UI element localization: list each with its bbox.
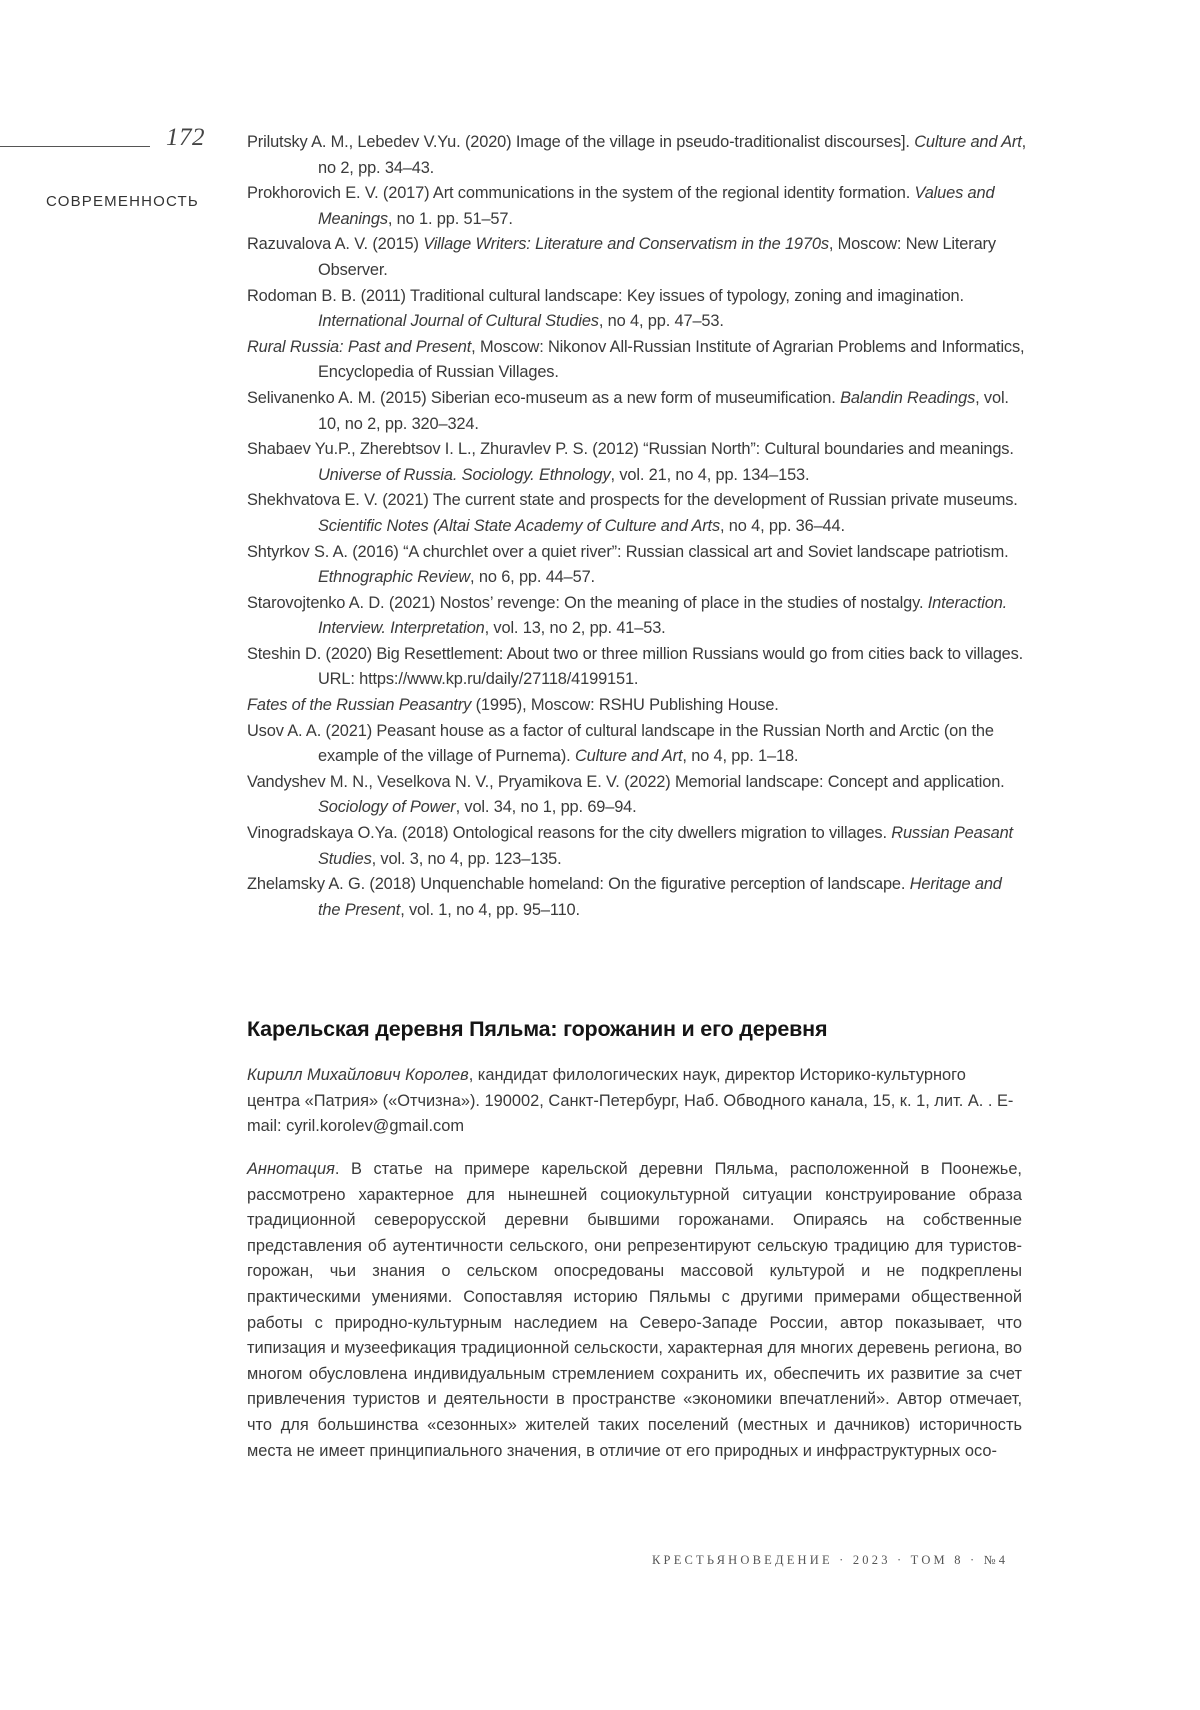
author-name: Кирилл Михайлович Королев	[247, 1066, 469, 1084]
reference-text: , no 4, pp. 47–53.	[599, 312, 724, 330]
reference-text: Prokhorovich E. V. (2017) Art communicat…	[247, 184, 915, 202]
reference-item: Razuvalova A. V. (2015) Village Writers:…	[247, 232, 1027, 283]
reference-item: Prokhorovich E. V. (2017) Art communicat…	[247, 181, 1027, 232]
reference-item: Selivanenko A. M. (2015) Siberian eco-mu…	[247, 386, 1027, 437]
reference-text: Razuvalova A. V. (2015)	[247, 235, 423, 253]
reference-text: , no 4, pp. 1–18.	[682, 747, 798, 765]
reference-text: Starovojtenko A. D. (2021) Nostos’ reven…	[247, 594, 928, 612]
header-rule	[0, 146, 150, 147]
reference-text: , no 4, pp. 36–44.	[720, 517, 845, 535]
reference-item: Shekhvatova E. V. (2021) The current sta…	[247, 488, 1027, 539]
abstract-text: . В статье на примере карельской деревни…	[247, 1160, 1022, 1460]
page-number: 172	[166, 124, 205, 152]
abstract-label: Аннотация	[247, 1160, 335, 1178]
reference-text: , vol. 1, no 4, pp. 95–110.	[400, 901, 580, 919]
section-label: СОВРЕМЕННОСТЬ	[46, 193, 199, 210]
reference-text: Vinogradskaya O.Ya. (2018) Ontological r…	[247, 824, 891, 842]
reference-text: (1995), Moscow: RSHU Publishing House.	[471, 696, 779, 714]
reference-text: Shekhvatova E. V. (2021) The current sta…	[247, 491, 1018, 509]
reference-item: Shabaev Yu.P., Zherebtsov I. L., Zhuravl…	[247, 437, 1027, 488]
reference-text: Shabaev Yu.P., Zherebtsov I. L., Zhuravl…	[247, 440, 1014, 458]
reference-item: Rodoman B. B. (2011) Traditional cultura…	[247, 284, 1027, 335]
reference-text: , vol. 21, no 4, pp. 134–153.	[611, 466, 810, 484]
reference-text: , vol. 13, no 2, pp. 41–53.	[485, 619, 666, 637]
reference-text: Rodoman B. B. (2011) Traditional cultura…	[247, 287, 964, 305]
reference-source: Sociology of Power	[318, 798, 456, 816]
running-footer: КРЕСТЬЯНОВЕДЕНИЕ · 2023 · ТОМ 8 · №4	[652, 1553, 1008, 1568]
reference-source: Scientific Notes (Altai State Academy of…	[318, 517, 720, 535]
reference-text: Prilutsky A. M., Lebedev V.Yu. (2020) Im…	[247, 133, 914, 151]
reference-source: Culture and Art	[914, 133, 1021, 151]
reference-source: Culture and Art	[575, 747, 682, 765]
abstract: Аннотация. В статье на примере карельско…	[247, 1157, 1022, 1464]
reference-item: Steshin D. (2020) Big Resettlement: Abou…	[247, 642, 1027, 693]
reference-source: Ethnographic Review	[318, 568, 470, 586]
reference-text: Vandyshev M. N., Veselkova N. V., Pryami…	[247, 773, 1005, 791]
reference-text: , vol. 3, no 4, pp. 123–135.	[372, 850, 562, 868]
author-info: Кирилл Михайлович Королев, кандидат фило…	[247, 1063, 1017, 1140]
reference-item: Starovojtenko A. D. (2021) Nostos’ reven…	[247, 591, 1027, 642]
reference-item: Rural Russia: Past and Present, Moscow: …	[247, 335, 1027, 386]
reference-source: International Journal of Cultural Studie…	[318, 312, 599, 330]
reference-item: Usov A. A. (2021) Peasant house as a fac…	[247, 719, 1027, 770]
reference-item: Zhelamsky A. G. (2018) Unquenchable home…	[247, 872, 1027, 923]
reference-source: Balandin Readings	[840, 389, 975, 407]
reference-item: Prilutsky A. M., Lebedev V.Yu. (2020) Im…	[247, 130, 1027, 181]
reference-source: Rural Russia: Past and Present	[247, 338, 471, 356]
reference-source: Village Writers: Literature and Conserva…	[423, 235, 829, 253]
article-title: Карельская деревня Пяльма: горожанин и е…	[247, 1017, 827, 1042]
reference-text: Shtyrkov S. A. (2016) “A churchlet over …	[247, 543, 1009, 561]
references-list: Prilutsky A. M., Lebedev V.Yu. (2020) Im…	[247, 130, 1027, 923]
reference-text: , vol. 34, no 1, pp. 69–94.	[456, 798, 637, 816]
reference-text: Zhelamsky A. G. (2018) Unquenchable home…	[247, 875, 910, 893]
reference-text: Selivanenko A. M. (2015) Siberian eco-mu…	[247, 389, 840, 407]
reference-source: Universe of Russia. Sociology. Ethnology	[318, 466, 611, 484]
reference-source: Fates of the Russian Peasantry	[247, 696, 471, 714]
reference-item: Shtyrkov S. A. (2016) “A churchlet over …	[247, 540, 1027, 591]
reference-text: , no 6, pp. 44–57.	[470, 568, 595, 586]
reference-item: Vinogradskaya O.Ya. (2018) Ontological r…	[247, 821, 1027, 872]
reference-text: , no 1. pp. 51–57.	[388, 210, 513, 228]
reference-text: Steshin D. (2020) Big Resettlement: Abou…	[247, 645, 1023, 689]
reference-item: Fates of the Russian Peasantry (1995), M…	[247, 693, 1027, 719]
reference-item: Vandyshev M. N., Veselkova N. V., Pryami…	[247, 770, 1027, 821]
